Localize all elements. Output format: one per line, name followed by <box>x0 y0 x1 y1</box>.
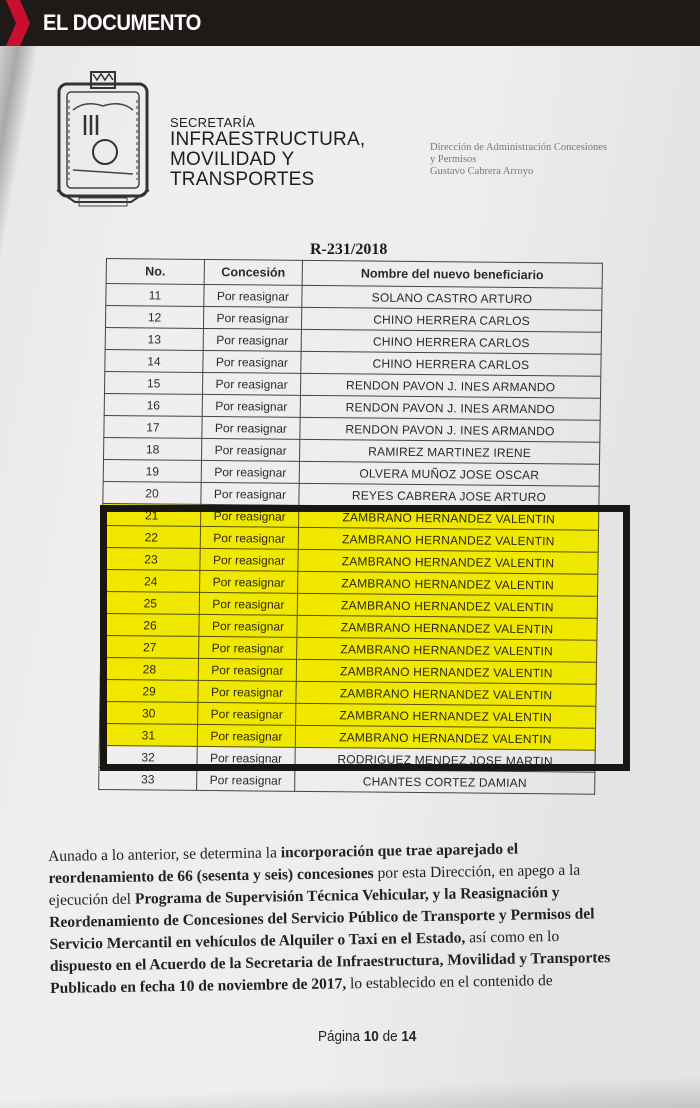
row-concesion: Por reasignar <box>200 570 298 593</box>
row-number: 27 <box>101 635 199 658</box>
row-concesion: Por reasignar <box>203 306 301 329</box>
direction-line-2: y Permisos <box>430 154 607 166</box>
row-concesion: Por reasignar <box>200 526 298 549</box>
bold-text: incorporación que trae aparejado el <box>281 841 519 862</box>
row-beneficiario: ZAMBRANO HERNANDEZ VALENTIN <box>299 505 599 530</box>
row-number: 18 <box>104 437 202 460</box>
page-current: 10 <box>364 1028 379 1045</box>
row-number: 14 <box>105 349 203 372</box>
row-beneficiario: ZAMBRANO HERNANDEZ VALENTIN <box>296 659 596 684</box>
row-beneficiario: ZAMBRANO HERNANDEZ VALENTIN <box>297 593 597 618</box>
row-beneficiario: ZAMBRANO HERNANDEZ VALENTIN <box>296 703 596 728</box>
text: así como en lo <box>465 928 559 946</box>
row-number: 32 <box>99 745 197 768</box>
header-no: No. <box>106 259 204 285</box>
banner-title: EL DOCUMENTO <box>43 10 201 36</box>
row-beneficiario: RENDON PAVON J. INES ARMANDO <box>300 395 600 420</box>
row-concesion: Por reasignar <box>201 460 299 483</box>
row-number: 30 <box>100 701 198 724</box>
row-number: 11 <box>106 284 204 307</box>
row-number: 33 <box>99 767 197 790</box>
row-concesion: Por reasignar <box>199 614 297 637</box>
row-beneficiario: ZAMBRANO HERNANDEZ VALENTIN <box>296 681 596 706</box>
row-concesion: Por reasignar <box>201 504 299 527</box>
row-number: 22 <box>102 525 200 548</box>
row-number: 26 <box>101 613 199 636</box>
section-banner: EL DOCUMENTO <box>0 0 700 46</box>
row-concesion: Por reasignar <box>202 372 300 395</box>
document-code: R-231/2018 <box>310 241 387 259</box>
row-concesion: Por reasignar <box>198 680 296 703</box>
text: Aunado a lo anterior, se determina la <box>48 844 281 865</box>
header-concesion: Concesión <box>204 259 302 285</box>
row-beneficiario: ZAMBRANO HERNANDEZ VALENTIN <box>297 637 597 662</box>
row-number: 28 <box>100 657 198 680</box>
row-beneficiario: RENDON PAVON J. INES ARMANDO <box>300 417 600 442</box>
row-beneficiario: REYES CABRERA JOSE ARTURO <box>299 483 599 508</box>
row-beneficiario: CHINO HERRERA CARLOS <box>301 307 601 332</box>
page-total: 14 <box>401 1028 416 1045</box>
row-beneficiario: SOLANO CASTRO ARTURO <box>302 285 602 310</box>
chevron-right-icon <box>0 0 32 46</box>
direction-line-3: Gustavo Cabrera Arroyo <box>430 166 607 178</box>
bold-text: Publicado en fecha 10 de noviembre de 20… <box>50 975 346 997</box>
concessions-table-wrap: No. Concesión Nombre del nuevo beneficia… <box>98 258 603 795</box>
header-nombre: Nombre del nuevo beneficiario <box>302 260 602 288</box>
row-number: 24 <box>102 569 200 592</box>
page-sep: de <box>383 1028 398 1045</box>
row-number: 13 <box>105 327 203 350</box>
row-number: 31 <box>99 723 197 746</box>
row-number: 23 <box>102 547 200 570</box>
text: ejecución del <box>49 891 135 909</box>
row-concesion: Por reasignar <box>202 416 300 439</box>
text: por esta Dirección, en apego a la <box>374 862 581 882</box>
row-concesion: Por reasignar <box>197 746 295 769</box>
coat-of-arms-icon <box>55 70 151 212</box>
row-concesion: Por reasignar <box>203 328 301 351</box>
direction-header: Dirección de Administración Concesiones … <box>430 142 607 178</box>
row-beneficiario: CHINO HERRERA CARLOS <box>301 329 601 354</box>
row-number: 19 <box>103 459 201 482</box>
row-concesion: Por reasignar <box>197 768 295 791</box>
row-beneficiario: ZAMBRANO HERNANDEZ VALENTIN <box>298 571 598 596</box>
row-number: 21 <box>103 503 201 526</box>
secretaria-name-line-3: TRANSPORTES <box>170 170 365 190</box>
row-number: 16 <box>104 393 202 416</box>
row-beneficiario: CHINO HERRERA CARLOS <box>301 351 601 376</box>
row-beneficiario: RODRIGUEZ MENDEZ JOSE MARTIN <box>295 747 595 772</box>
bold-text: reordenamiento de 66 (sesenta y seis) co… <box>48 865 373 887</box>
row-concesion: Por reasignar <box>201 482 299 505</box>
table-body: 11Por reasignarSOLANO CASTRO ARTURO12Por… <box>99 284 602 795</box>
row-beneficiario: RAMIREZ MARTINEZ IRENE <box>300 439 600 464</box>
page-number: Página 10 de 14 <box>318 1028 416 1045</box>
row-number: 29 <box>100 679 198 702</box>
row-beneficiario: CHANTES CORTEZ DAMIAN <box>295 769 595 794</box>
row-number: 12 <box>105 306 203 329</box>
row-beneficiario: OLVERA MUÑOZ JOSE OSCAR <box>299 461 599 486</box>
row-number: 15 <box>104 371 202 394</box>
row-concesion: Por reasignar <box>203 350 301 373</box>
row-concesion: Por reasignar <box>200 548 298 571</box>
row-concesion: Por reasignar <box>202 438 300 461</box>
row-number: 17 <box>104 415 202 438</box>
document-page: SECRETARÍA INFRAESTRUCTURA, MOVILIDAD Y … <box>0 46 700 1108</box>
table-row: 33Por reasignarCHANTES CORTEZ DAMIAN <box>99 767 595 794</box>
row-concesion: Por reasignar <box>199 592 297 615</box>
row-beneficiario: ZAMBRANO HERNANDEZ VALENTIN <box>295 725 595 750</box>
row-beneficiario: ZAMBRANO HERNANDEZ VALENTIN <box>298 549 598 574</box>
direction-line-1: Dirección de Administración Concesiones <box>430 142 607 154</box>
body-paragraph: Aunado a lo anterior, se determina la in… <box>48 836 700 1000</box>
row-concesion: Por reasignar <box>202 394 300 417</box>
row-concesion: Por reasignar <box>198 702 296 725</box>
page-label: Página <box>318 1028 360 1045</box>
row-number: 20 <box>103 481 201 504</box>
text: lo establecido en el contenido de <box>346 972 553 992</box>
concessions-table: No. Concesión Nombre del nuevo beneficia… <box>98 258 603 795</box>
row-number: 25 <box>101 591 199 614</box>
row-beneficiario: ZAMBRANO HERNANDEZ VALENTIN <box>297 615 597 640</box>
row-concesion: Por reasignar <box>198 658 296 681</box>
secretaria-name-line-1: INFRAESTRUCTURA, <box>170 130 365 150</box>
row-beneficiario: RENDON PAVON J. INES ARMANDO <box>300 373 600 398</box>
secretaria-letterhead: SECRETARÍA INFRAESTRUCTURA, MOVILIDAD Y … <box>170 116 365 190</box>
secretaria-name-line-2: MOVILIDAD Y <box>170 150 365 170</box>
row-concesion: Por reasignar <box>197 724 295 747</box>
secretaria-label: SECRETARÍA <box>170 116 365 130</box>
row-concesion: Por reasignar <box>204 284 302 307</box>
row-beneficiario: ZAMBRANO HERNANDEZ VALENTIN <box>298 527 598 552</box>
row-concesion: Por reasignar <box>199 636 297 659</box>
